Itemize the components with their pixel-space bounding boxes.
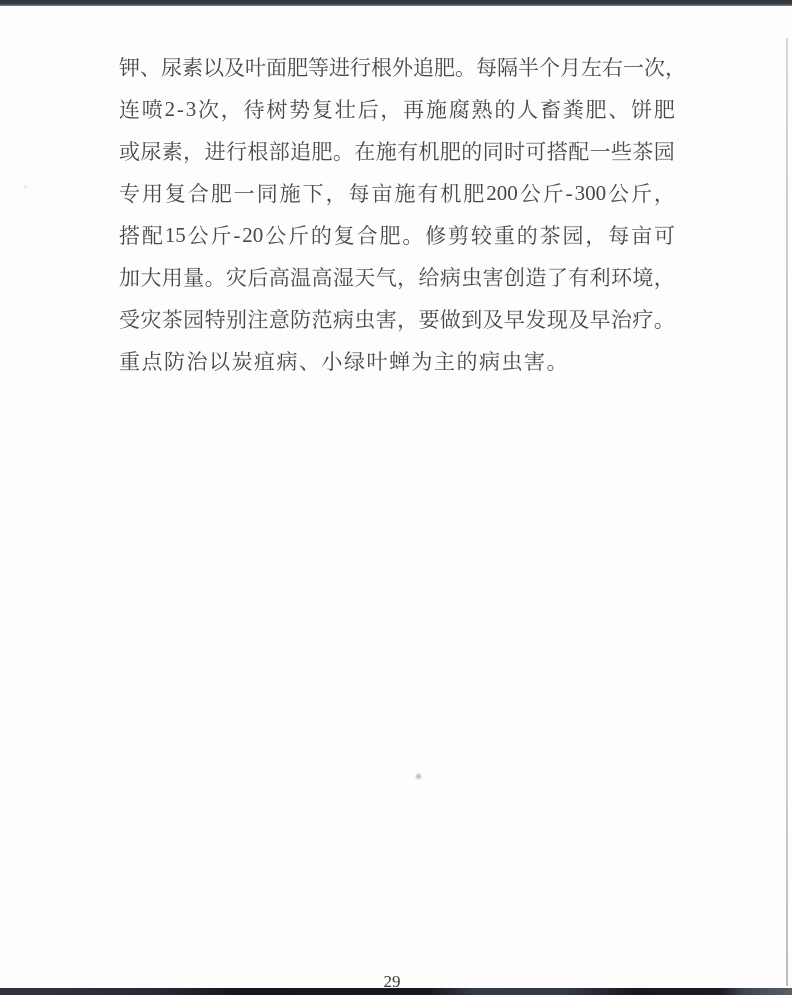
paragraph-line: 重点防治以炭疽病、小绿叶蝉为主的病虫害。 [119,340,675,382]
paragraph-line: 受灾茶园特别注意防范病虫害，要做到及早发现及早治疗。 [119,298,675,340]
scan-speck [23,185,28,189]
paragraph-line: 加大用量。灾后高温高湿天气，给病虫害创造了有利环境， [119,256,675,298]
paragraph-line: 或尿素，进行根部追肥。在施有机肥的同时可搭配一些茶园 [119,130,675,172]
paragraph-line: 搭配15公斤-20公斤的复合肥。修剪较重的茶园，每亩可 [119,214,675,256]
scan-bottom-edge [0,988,792,995]
body-text: 钾、尿素以及叶面肥等进行根外追肥。每隔半个月左右一次， 连喷2-3次，待树势复壮… [119,46,675,382]
scan-top-edge [0,0,792,6]
scan-speck [415,773,422,780]
paragraph-line: 钾、尿素以及叶面肥等进行根外追肥。每隔半个月左右一次， [119,46,675,88]
document-page: 钾、尿素以及叶面肥等进行根外追肥。每隔半个月左右一次， 连喷2-3次，待树势复壮… [0,0,792,995]
paragraph-line: 连喷2-3次，待树势复壮后，再施腐熟的人畜粪肥、饼肥 [119,88,675,130]
paper-right-edge-line [786,38,788,986]
paragraph-line: 专用复合肥一同施下，每亩施有机肥200公斤-300公斤， [119,172,675,214]
